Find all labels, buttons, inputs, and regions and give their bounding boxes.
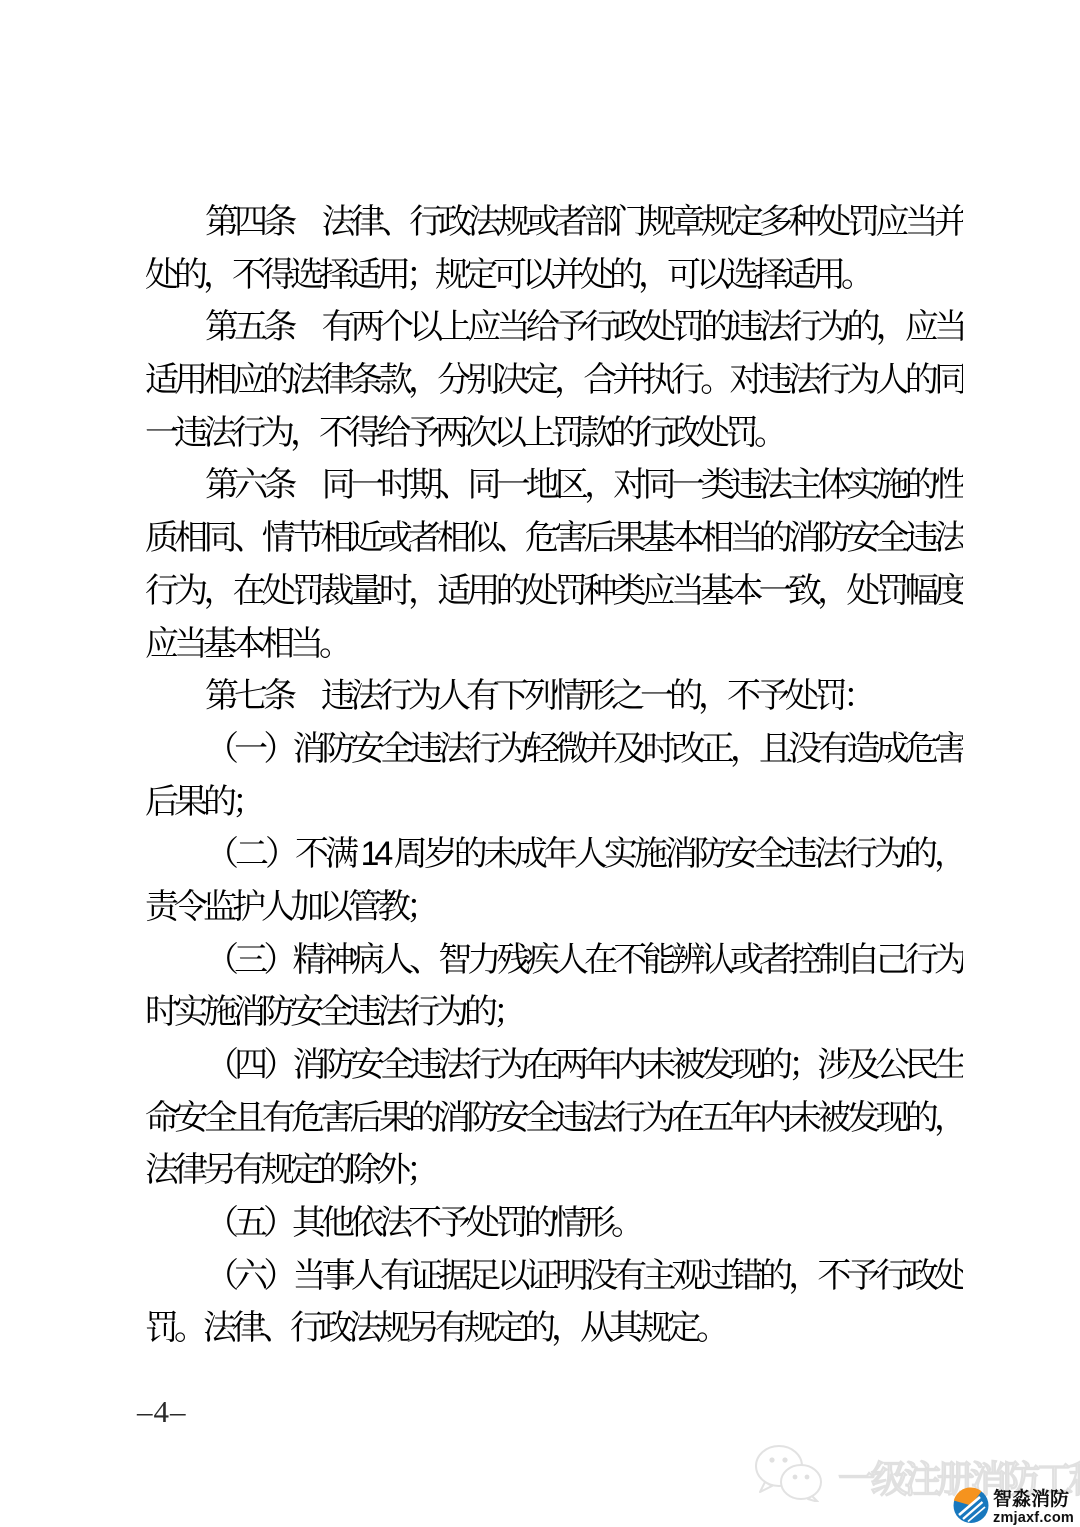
text-line: （四）消防安全违法行为在两年内未被发现的；涉及公民生 — [145, 1039, 963, 1092]
text-line: 罚。法律、行政法规另有规定的，从其规定。 — [145, 1302, 963, 1355]
text-line: 第五条 有两个以上应当给予行政处罚的违法行为的，应当 — [145, 301, 963, 354]
text-line: 第四条 法律、行政法规或者部门规章规定多种处罚应当并 — [145, 196, 963, 249]
text-line: 适用相应的法律条款，分别决定，合并执行。对违法行为人的同 — [145, 354, 963, 407]
text-line: （六）当事人有证据足以证明没有主观过错的，不予行政处 — [145, 1250, 963, 1303]
document-body: 第四条 法律、行政法规或者部门规章规定多种处罚应当并处的，不得选择适用；规定可以… — [145, 196, 963, 1355]
brand-text: 智淼消防 zmjaxf.com — [993, 1490, 1074, 1526]
brand-name: 智淼消防 — [993, 1490, 1074, 1510]
text-line: （一）消防安全违法行为轻微并及时改正，且没有造成危害 — [145, 723, 963, 776]
text-line: 质相同、情节相近或者相似、危害后果基本相当的消防安全违法 — [145, 512, 963, 565]
text-line: 责令监护人加以管教； — [145, 881, 963, 934]
text-line: 行为，在处罚裁量时，适用的处罚种类应当基本一致，处罚幅度 — [145, 565, 963, 618]
text-line: （五）其他依法不予处罚的情形。 — [145, 1197, 963, 1250]
document-page: 第四条 法律、行政法规或者部门规章规定多种处罚应当并处的，不得选择适用；规定可以… — [0, 0, 1080, 1527]
page-number: –4– — [137, 1392, 187, 1432]
text-line: （二）不满 14 周岁的未成年人实施消防安全违法行为的， — [145, 828, 963, 881]
text-line: 法律另有规定的除外； — [145, 1144, 963, 1197]
text-line: 第六条 同一时期、同一地区，对同一类违法主体实施的性 — [145, 459, 963, 512]
wechat-icon — [750, 1444, 830, 1507]
text-line: 一违法行为，不得给予两次以上罚款的行政处罚。 — [145, 407, 963, 460]
text-line: 第七条 违法行为人有下列情形之一的，不予处罚： — [145, 670, 963, 723]
zhimiao-logo-icon — [953, 1487, 989, 1527]
brand-badge: 智淼消防 zmjaxf.com — [953, 1487, 1074, 1527]
text-line: 应当基本相当。 — [145, 618, 963, 671]
text-line: 命安全且有危害后果的消防安全违法行为在五年内未被发现的， — [145, 1092, 963, 1145]
text-line: 时实施消防安全违法行为的； — [145, 986, 963, 1039]
text-line: 后果的； — [145, 776, 963, 829]
brand-domain: zmjaxf.com — [993, 1510, 1074, 1526]
text-line: （三）精神病人、智力残疾人在不能辨认或者控制自己行为 — [145, 934, 963, 987]
text-line: 处的，不得选择适用；规定可以并处的，可以选择适用。 — [145, 249, 963, 302]
